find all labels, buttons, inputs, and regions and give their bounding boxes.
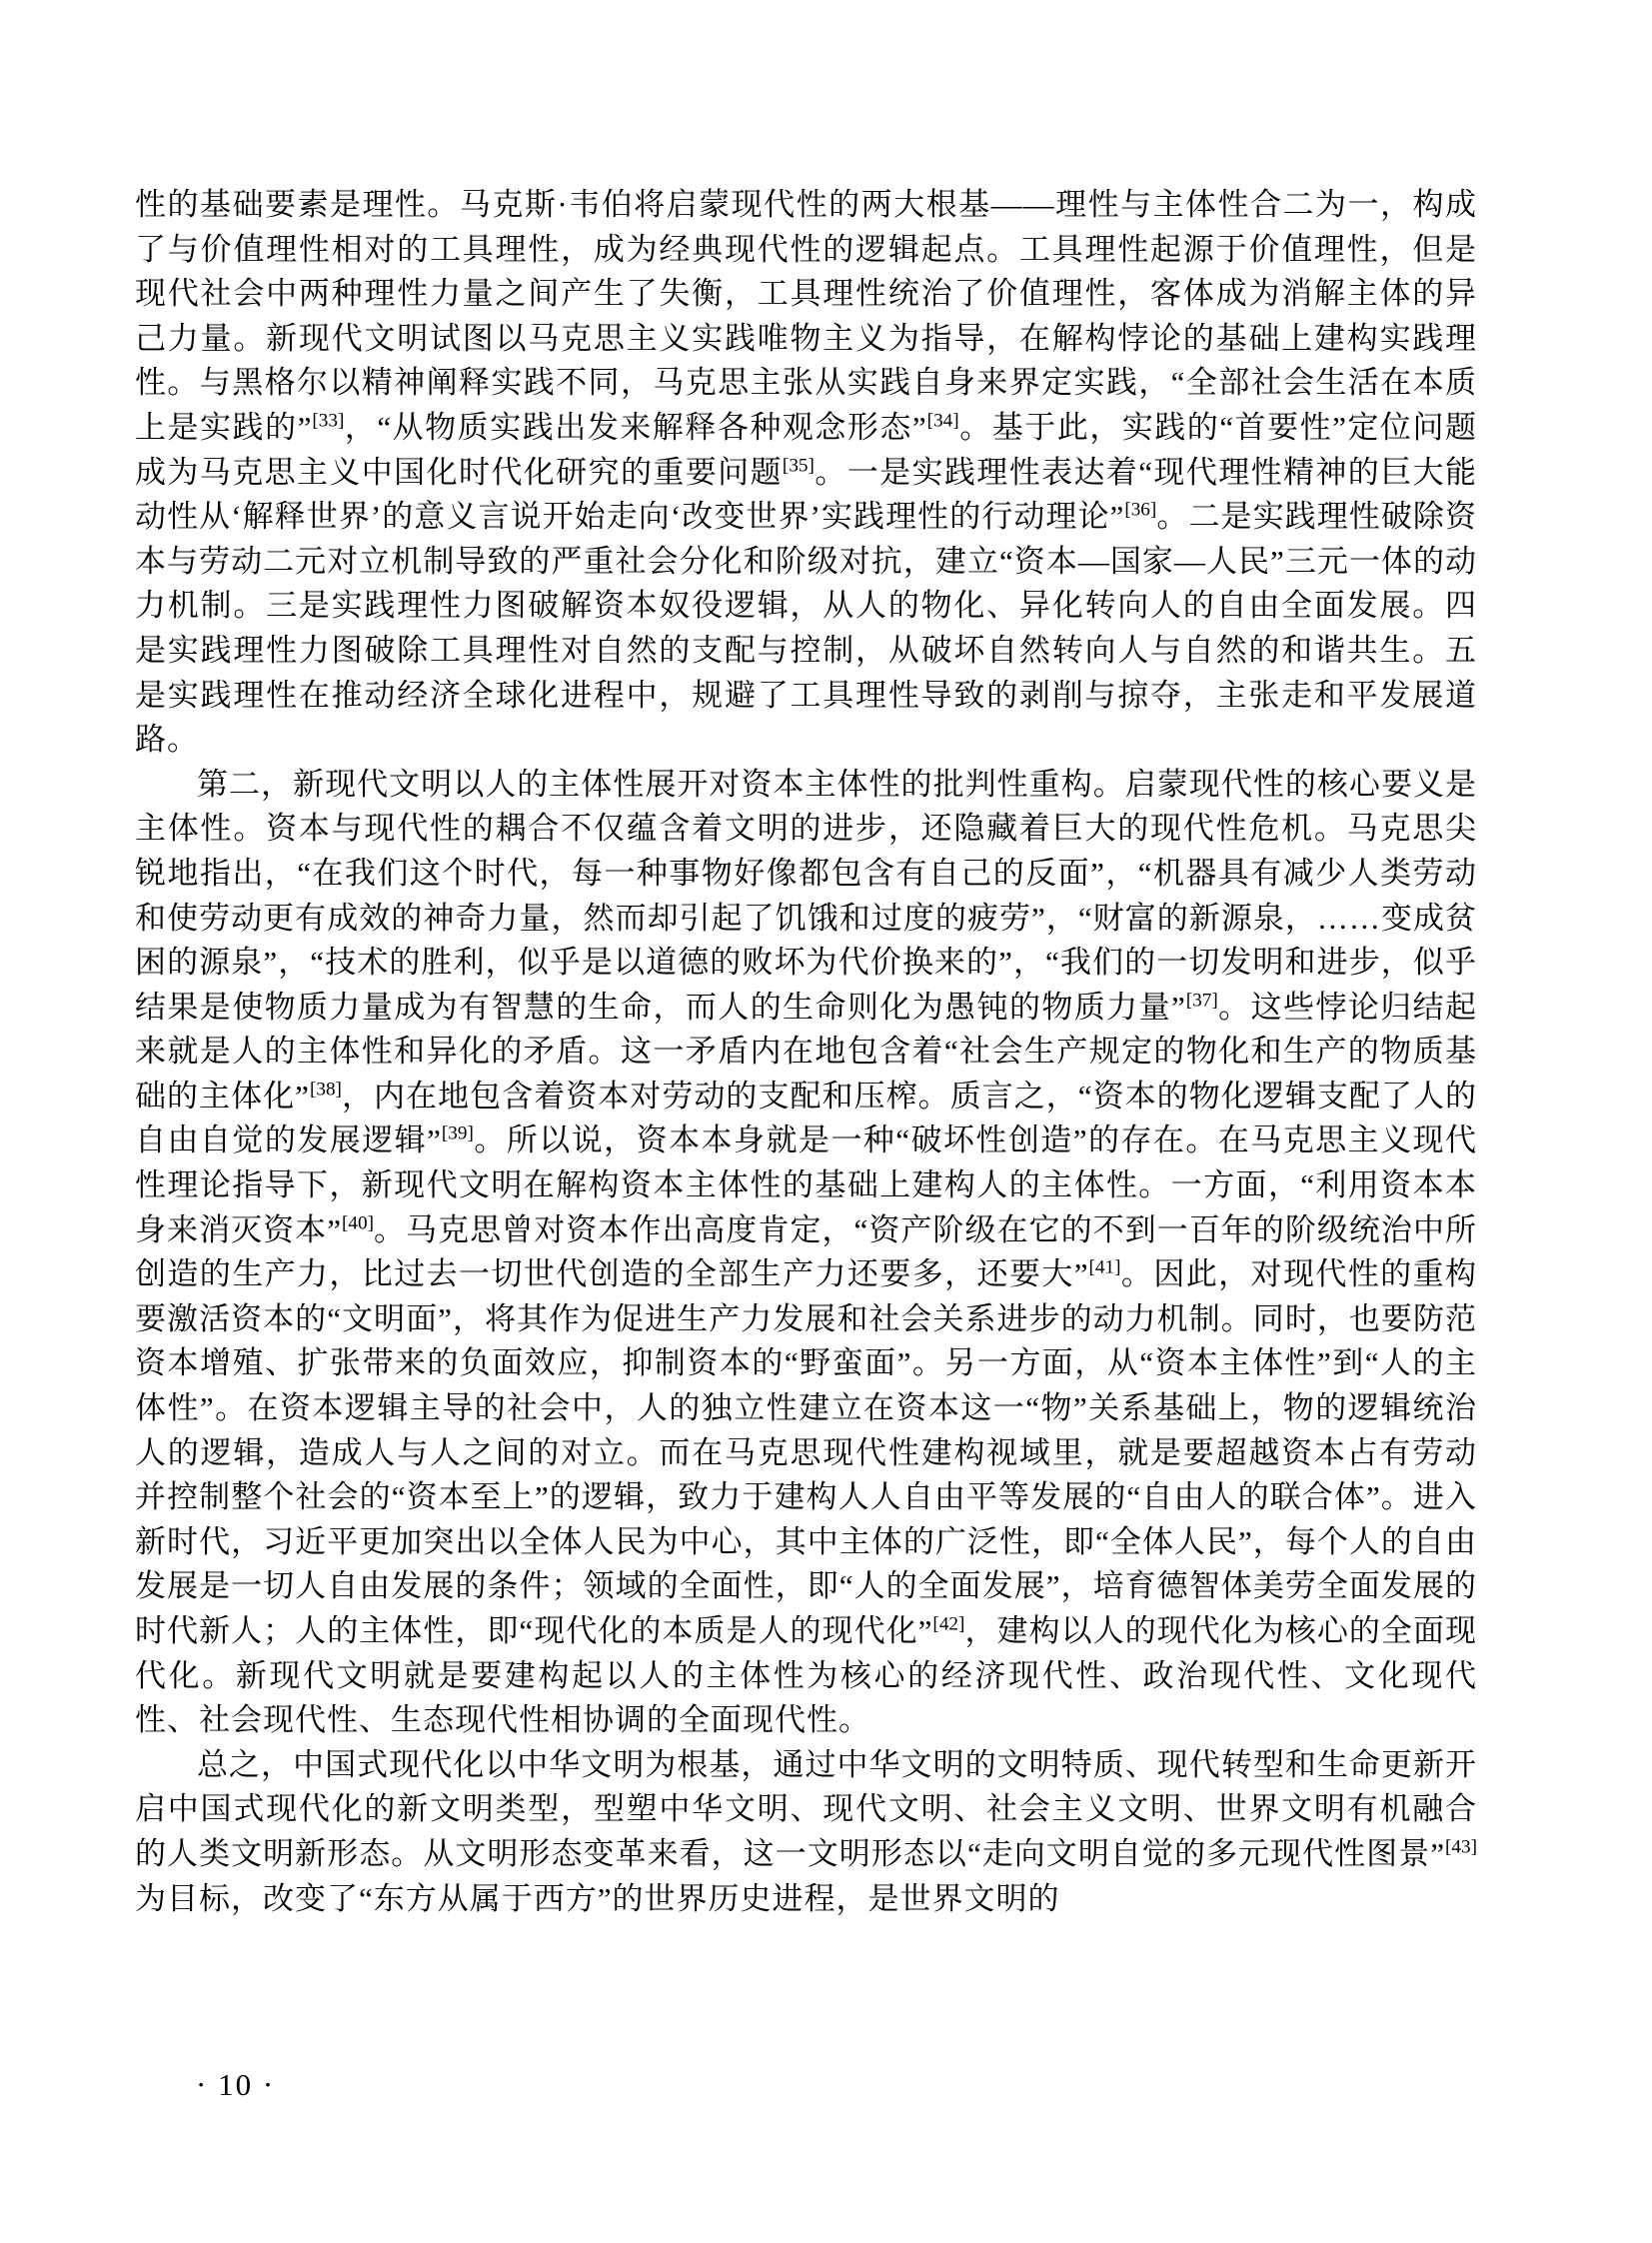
- footnote-ref: [34]: [927, 411, 959, 432]
- footnote-ref: [36]: [1124, 500, 1156, 521]
- footnote-ref: [38]: [310, 1080, 342, 1101]
- footnote-ref: [39]: [442, 1123, 474, 1144]
- article-body: 性的基础要素是理性。马克斯·韦伯将启蒙现代性的两大根基——理性与主体性合二为一，…: [135, 183, 1477, 1921]
- footnote-ref: [37]: [1186, 990, 1218, 1011]
- page-number: · 10 ·: [196, 2065, 275, 2105]
- paragraph: 第二，新现代文明以人的主体性展开对资本主体性的批判性重构。启蒙现代性的核心要义是…: [135, 763, 1477, 1743]
- footnote-ref: [40]: [342, 1212, 374, 1233]
- paragraph: 总之，中国式现代化以中华文明为根基，通过中华文明的文明特质、现代转型和生命更新开…: [135, 1743, 1477, 1921]
- footnote-ref: [33]: [312, 411, 344, 432]
- paragraph: 性的基础要素是理性。马克斯·韦伯将启蒙现代性的两大根基——理性与主体性合二为一，…: [135, 183, 1477, 763]
- footnote-ref: [41]: [1089, 1257, 1121, 1278]
- document-page: 性的基础要素是理性。马克斯·韦伯将启蒙现代性的两大根基——理性与主体性合二为一，…: [0, 0, 1652, 2243]
- footnote-ref: [35]: [783, 455, 815, 476]
- footnote-ref: [43]: [1445, 1837, 1477, 1858]
- footnote-ref: [42]: [932, 1614, 964, 1635]
